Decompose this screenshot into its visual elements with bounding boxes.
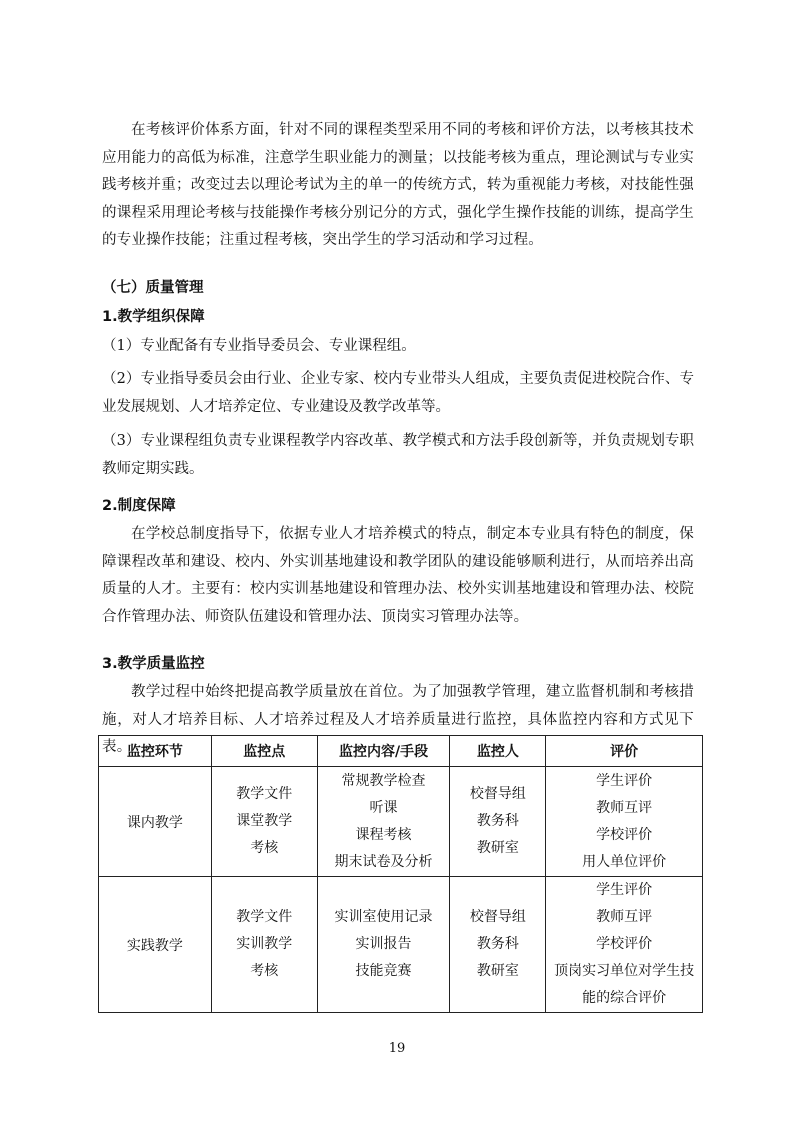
document-page: 在考核评价体系方面，针对不同的课程类型采用不同的考核和评价方法，以考核其技术应用…: [0, 0, 794, 1123]
cell-stage: 课内教学: [99, 767, 212, 877]
header-stage: 监控环节: [99, 736, 212, 767]
cell-line: 课堂教学: [212, 808, 317, 835]
subsection-title-1: 1.教学组织保障: [102, 305, 205, 326]
cell-line: 实训报告: [318, 931, 450, 958]
cell-methods: 常规教学检查 听课 课程考核 期末试卷及分析: [317, 767, 450, 877]
list-item: （1）专业配备有专业指导委员会、专业课程组。: [102, 333, 694, 361]
cell-line: 学校评价: [546, 822, 702, 849]
system-paragraph: 在学校总制度指导下，依据专业人才培养模式的特点，制定本专业具有特色的制度，保障课…: [102, 521, 694, 631]
monitoring-table: 监控环节 监控点 监控内容/手段 监控人 评价 课内教学 教学文件 课堂教学 考…: [98, 735, 703, 1013]
cell-points: 教学文件 课堂教学 考核: [211, 767, 317, 877]
cell-line: 考核: [212, 835, 317, 862]
table-row: 课内教学 教学文件 课堂教学 考核 常规教学检查 听课 课程考核 期末试卷及分析…: [99, 767, 703, 877]
cell-line: 用人单位评价: [546, 849, 702, 876]
cell-points: 教学文件 实训教学 考核: [211, 877, 317, 1013]
cell-line: 学生评价: [546, 877, 702, 904]
cell-line: 考核: [212, 958, 317, 985]
subsection-title-3: 3.教学质量监控: [102, 652, 205, 673]
header-evaluation: 评价: [546, 736, 703, 767]
cell-line: 教师互评: [546, 904, 702, 931]
cell-line: 教务科: [450, 808, 545, 835]
header-points: 监控点: [211, 736, 317, 767]
cell-line: 顶岗实习单位对学生技: [546, 958, 702, 985]
list-item: （3）专业课程组负责专业课程教学内容改革、教学模式和方法手段创新等，并负责规划专…: [102, 428, 694, 483]
header-methods: 监控内容/手段: [317, 736, 450, 767]
table-header-row: 监控环节 监控点 监控内容/手段 监控人 评价: [99, 736, 703, 767]
cell-line: 听课: [318, 795, 450, 822]
subsection-title-2: 2.制度保障: [102, 494, 176, 515]
header-monitors: 监控人: [450, 736, 546, 767]
cell-monitors: 校督导组 教务科 教研室: [450, 767, 546, 877]
cell-line: 实训室使用记录: [318, 904, 450, 931]
cell-evaluation: 学生评价 教师互评 学校评价 用人单位评价: [546, 767, 703, 877]
cell-line: 校督导组: [450, 904, 545, 931]
assessment-paragraph: 在考核评价体系方面，针对不同的课程类型采用不同的考核和评价方法，以考核其技术应用…: [102, 117, 694, 255]
cell-methods: 实训室使用记录 实训报告 技能竞赛: [317, 877, 450, 1013]
cell-evaluation: 学生评价 教师互评 学校评价 顶岗实习单位对学生技 能的综合评价: [546, 877, 703, 1013]
cell-line: 校督导组: [450, 781, 545, 808]
cell-line: 教学文件: [212, 781, 317, 808]
section-title: （七）质量管理: [102, 276, 204, 297]
cell-line: 教务科: [450, 931, 545, 958]
cell-line: 能的综合评价: [546, 985, 702, 1012]
table-row: 实践教学 教学文件 实训教学 考核 实训室使用记录 实训报告 技能竞赛 校督导组…: [99, 877, 703, 1013]
cell-line: 教研室: [450, 958, 545, 985]
cell-line: 实训教学: [212, 931, 317, 958]
cell-line: 教学文件: [212, 904, 317, 931]
cell-line: 教研室: [450, 835, 545, 862]
page-number: 19: [0, 1041, 794, 1056]
cell-line: 技能竞赛: [318, 958, 450, 985]
cell-stage: 实践教学: [99, 877, 212, 1013]
cell-line: 学生评价: [546, 768, 702, 795]
cell-line: 教师互评: [546, 795, 702, 822]
list-item: （2）专业指导委员会由行业、企业专家、校内专业带头人组成，主要负责促进校院合作、…: [102, 366, 694, 421]
cell-line: 期末试卷及分析: [318, 849, 450, 876]
cell-line: 常规教学检查: [318, 768, 450, 795]
cell-line: 课程考核: [318, 822, 450, 849]
cell-line: 学校评价: [546, 931, 702, 958]
cell-monitors: 校督导组 教务科 教研室: [450, 877, 546, 1013]
